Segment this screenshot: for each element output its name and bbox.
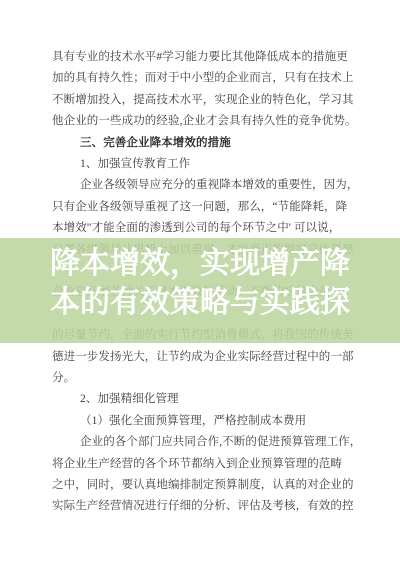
document-line: 三、完善企业降本增效的措施 xyxy=(80,133,364,154)
document-line: 本增效"才能全面的渗透到公司的每个环节之中' 可以说， xyxy=(52,218,364,239)
document-line: （1）强化全面预算管理，严格控制成本费用 xyxy=(80,411,364,432)
document-line: 1、加强宣传教育工作 xyxy=(80,154,364,175)
document-line: 之中，同时，要认真地编排制定预算制度，认真的对企业的 xyxy=(52,475,364,496)
document-line: 将企业生产经营的各个环节都纳入到企业预算管理的范畴 xyxy=(52,454,364,475)
document-line: 加的具有持久性；而对于中小型的企业而言，只有在技术上 xyxy=(52,68,364,89)
document-line: 实际生产经营情况进行仔细的分析、评估及考核，有效的控 xyxy=(52,496,364,517)
document-line: 他企业的一些成功的经验,企业才会具有持久性的竞争优势。 xyxy=(52,111,364,132)
document-line: 德进一步发扬光大，让节约成为企业实际经营过程中的一部 xyxy=(52,347,364,368)
document-line: 具有专业的技术水平#学习能力要比其他降低成本的措施更 xyxy=(52,47,364,68)
document-line: 不断增加投入，提高技术水平，实现企业的特色化，学习其 xyxy=(52,90,364,111)
document-line: 2、加强精细化管理 xyxy=(80,389,364,410)
title-banner: 降本增效，实现增产降 本的有效策略与实践探 xyxy=(0,238,400,343)
document-line: 分。 xyxy=(52,368,364,389)
document-line: 企业各级领导应充分的重视降本增效的重要性，因为， xyxy=(80,175,364,196)
document-page: 具有专业的技术水平#学习能力要比其他降低成本的措施更加的具有持久性；而对于中小型… xyxy=(0,0,400,566)
overlay-title-line-1: 降本增效，实现增产降 xyxy=(50,248,400,280)
overlay-title-line-2: 本的有效策略与实践探 xyxy=(50,287,400,319)
document-line: 只有企业各级领导重视了这一问题，那么，“节能降耗，降 xyxy=(52,197,364,218)
document-line: 企业的各个部门应共同合作,不断的促进预算管理工作， xyxy=(80,432,364,453)
